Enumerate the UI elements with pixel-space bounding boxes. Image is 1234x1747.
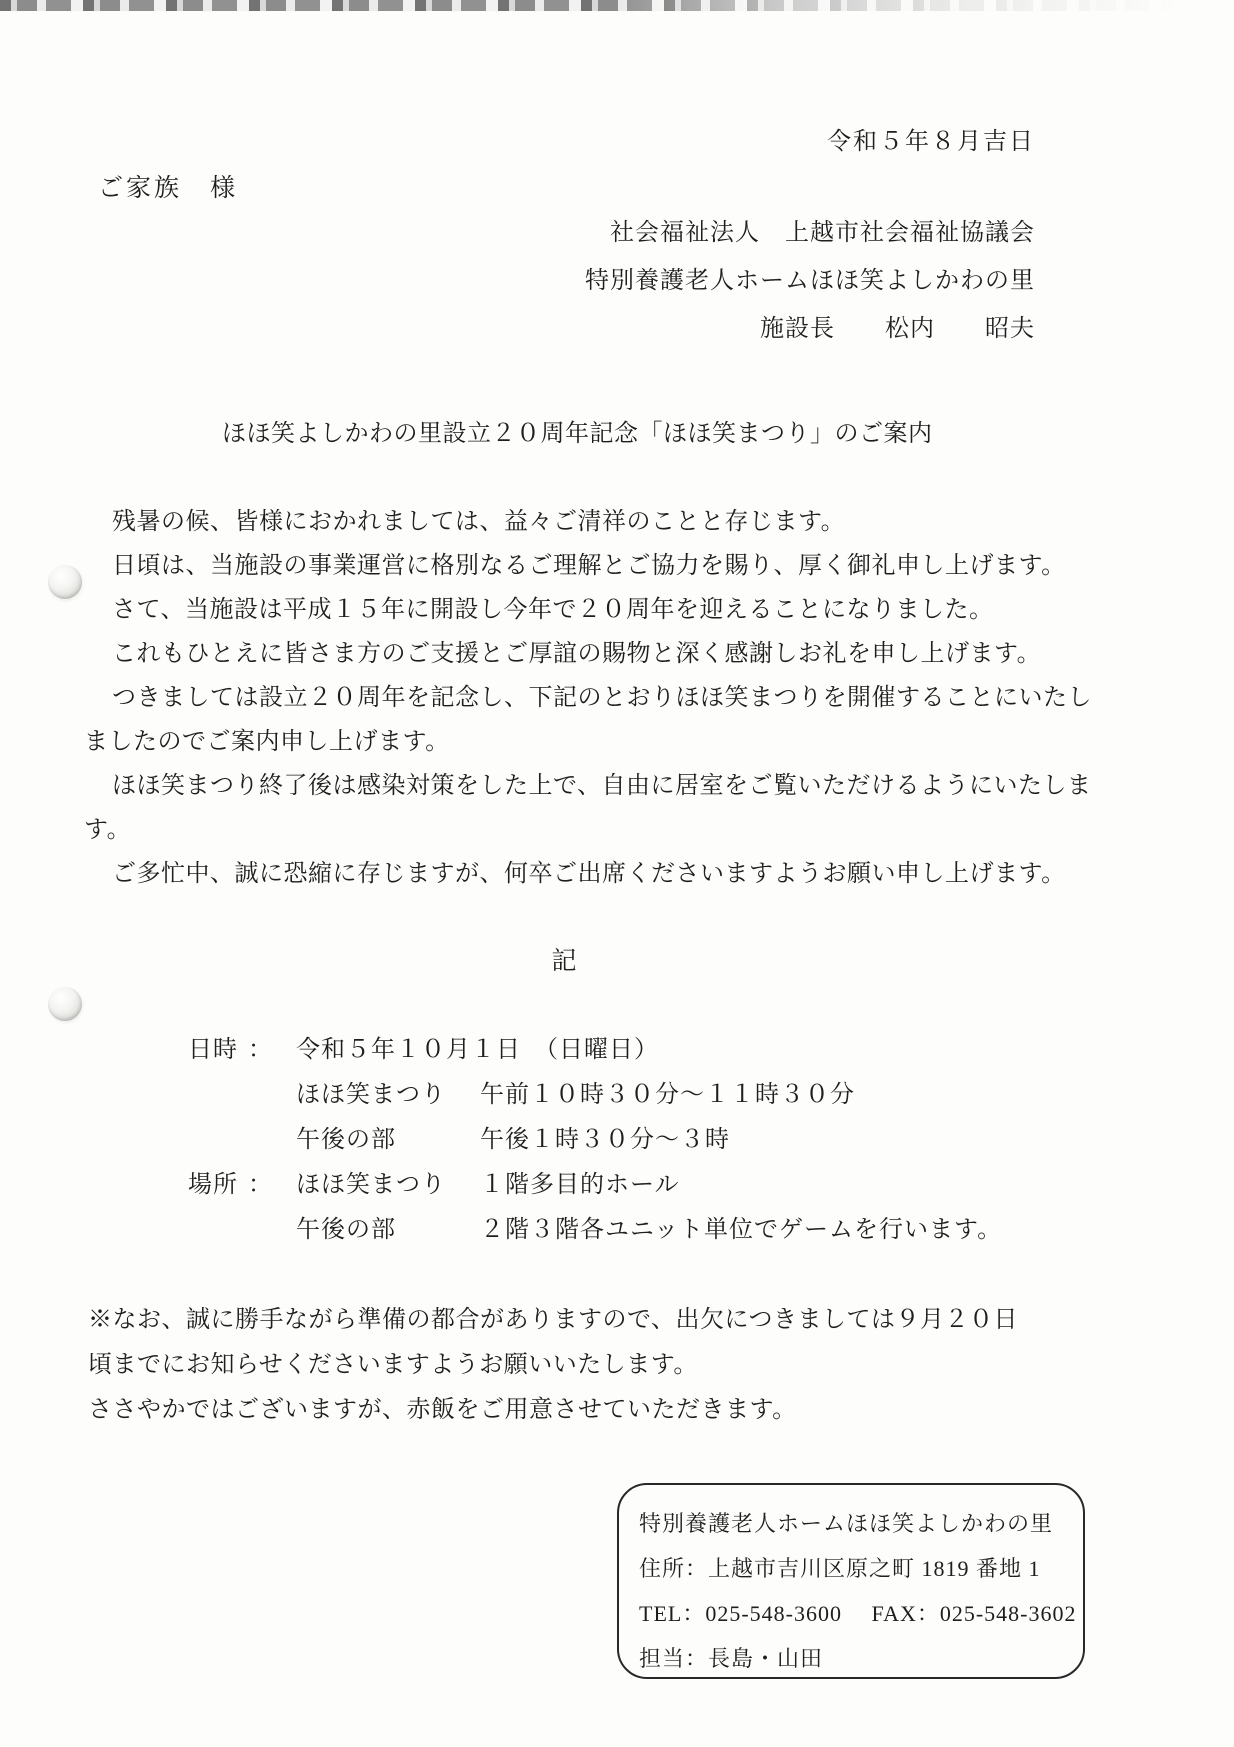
schedule-value: 午前１０時３０分～１１時３０分 — [480, 1073, 855, 1118]
body-line: つきましては設立２０周年を記念し、下記のとおりほほ笑まつりを開催することにいたし — [84, 676, 1194, 720]
schedule-item: ほほ笑まつり — [296, 1163, 480, 1208]
date-line: 令和５年８月吉日 — [0, 121, 1035, 156]
schedule-item: 午後の部 — [296, 1118, 480, 1163]
schedule-label: 日時 — [188, 1028, 248, 1073]
schedule-block: 日時 ： 令和５年１０月１日 （日曜日） ほほ笑まつり 午前１０時３０分～１１時… — [188, 1028, 1002, 1253]
contact-box: 特別養護老人ホームほほ笑よしかわの里 住所：上越市吉川区原之町 1819 番地 … — [617, 1483, 1085, 1679]
schedule-item: 午後の部 — [296, 1208, 480, 1253]
schedule-row: 場所 ： ほほ笑まつり １階多目的ホール — [188, 1163, 1002, 1208]
schedule-label — [188, 1118, 248, 1163]
punch-hole-bottom — [48, 987, 82, 1021]
note-line: 頃までにお知らせくださいますようお願いいたします。 — [88, 1343, 1018, 1388]
body-line: ほほ笑まつり終了後は感染対策をした上で、自由に居室をご覧いただけるようにいたしま — [84, 764, 1194, 808]
recipient-line: ご家族 様 — [98, 168, 238, 204]
schedule-row: 午後の部 午後１時３０分～３時 — [188, 1118, 1002, 1163]
scan-artifact-band — [0, 0, 1180, 11]
schedule-label: 場所 — [188, 1163, 248, 1208]
schedule-row: 午後の部 ２階３階各ユニット単位でゲームを行います。 — [188, 1208, 1002, 1253]
body-line: これもひとえに皆さま方のご支援とご厚誼の賜物と深く感謝しお礼を申し上げます。 — [84, 632, 1194, 676]
notes-block: ※なお、誠に勝手ながら準備の都合がありますので、出欠につきましては９月２０日 頃… — [88, 1298, 1018, 1433]
schedule-row: 日時 ： 令和５年１０月１日 （日曜日） — [188, 1028, 1002, 1073]
sender-facility: 特別養護老人ホームほほ笑よしかわの里 — [0, 257, 1035, 305]
schedule-colon — [248, 1073, 296, 1118]
body-line: ましたのでご案内申し上げます。 — [84, 720, 1194, 764]
contact-address: 住所：上越市吉川区原之町 1819 番地 1 — [639, 1546, 1083, 1591]
body-line: 残暑の候、皆様におかれましては、益々ご清祥のことと存じます。 — [84, 500, 1194, 544]
schedule-colon — [248, 1208, 296, 1253]
schedule-label — [188, 1073, 248, 1118]
schedule-value: 午後１時３０分～３時 — [480, 1118, 730, 1163]
sender-director: 施設長 松内 昭夫 — [0, 305, 1035, 353]
body-line: 日頃は、当施設の事業運営に格別なるご理解とご協力を賜り、厚く御礼申し上げます。 — [84, 544, 1194, 588]
body-line: さて、当施設は平成１５年に開設し今年で２０周年を迎えることになりました。 — [84, 588, 1194, 632]
schedule-row: ほほ笑まつり 午前１０時３０分～１１時３０分 — [188, 1073, 1002, 1118]
contact-staff: 担当：長島・山田 — [639, 1636, 1083, 1681]
schedule-value: ２階３階各ユニット単位でゲームを行います。 — [480, 1208, 1002, 1253]
schedule-colon: ： — [248, 1163, 296, 1208]
document-title: ほほ笑よしかわの里設立２０周年記念「ほほ笑まつり」のご案内 — [222, 413, 933, 448]
sender-org: 社会福祉法人 上越市社会福祉協議会 — [0, 209, 1035, 257]
punch-hole-top — [48, 565, 82, 599]
document-page: 令和５年８月吉日 ご家族 様 社会福祉法人 上越市社会福祉協議会 特別養護老人ホ… — [0, 0, 1234, 1747]
schedule-colon: ： — [248, 1028, 296, 1073]
sender-block: 社会福祉法人 上越市社会福祉協議会 特別養護老人ホームほほ笑よしかわの里 施設長… — [0, 209, 1035, 353]
schedule-item: 令和５年１０月１日 （日曜日） — [296, 1028, 659, 1073]
body-text: 残暑の候、皆様におかれましては、益々ご清祥のことと存じます。 日頃は、当施設の事… — [84, 500, 1194, 896]
contact-facility: 特別養護老人ホームほほ笑よしかわの里 — [639, 1501, 1083, 1546]
schedule-colon — [248, 1118, 296, 1163]
note-line: ※なお、誠に勝手ながら準備の都合がありますので、出欠につきましては９月２０日 — [88, 1298, 1018, 1343]
body-line: す。 — [84, 808, 1194, 852]
schedule-label — [188, 1208, 248, 1253]
schedule-item: ほほ笑まつり — [296, 1073, 480, 1118]
contact-tel-fax: TEL：025-548-3600 FAX：025-548-3602 — [639, 1591, 1083, 1636]
record-marker: 記 — [0, 941, 1130, 977]
body-line: ご多忙中、誠に恐縮に存じますが、何卒ご出席くださいますようお願い申し上げます。 — [84, 852, 1194, 896]
note-line: ささやかではございますが、赤飯をご用意させていただきます。 — [88, 1388, 1018, 1433]
schedule-value: １階多目的ホール — [480, 1163, 680, 1208]
